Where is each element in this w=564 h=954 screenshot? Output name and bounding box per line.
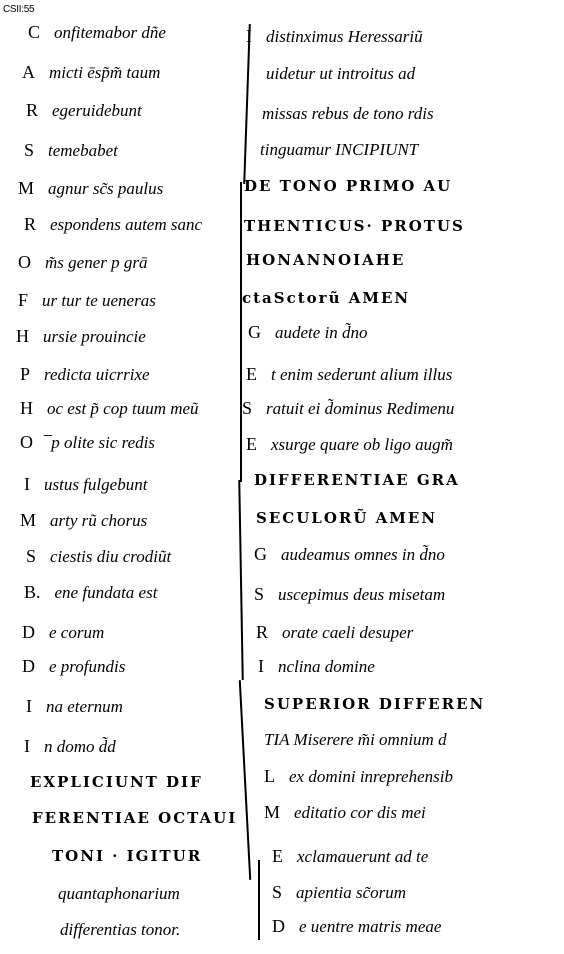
line-text: missas rebus de tono rdis — [262, 104, 434, 123]
initial-letter: E — [246, 364, 257, 384]
line-text: DE TONO PRIMO AU — [244, 177, 452, 195]
line-text: n domo d̃d — [44, 737, 116, 756]
initial-letter: F — [18, 290, 28, 310]
manuscript-line: Om̃s gener p grā — [18, 252, 147, 273]
initial-letter: S — [254, 584, 264, 604]
manuscript-line: B.ene fundata est — [24, 582, 157, 603]
line-text: xsurge quare ob ligo augm̃ — [271, 435, 453, 454]
initial-letter: R — [256, 622, 268, 642]
initial-letter: E — [246, 434, 257, 454]
manuscript-line: Meditatio cor dis mei — [264, 802, 426, 823]
manuscript-line: Inclina domine — [258, 656, 375, 677]
column-rule — [239, 680, 251, 880]
manuscript-line: uidetur ut introitus ad — [266, 64, 415, 84]
line-text: SECULORŨ AMEN — [256, 509, 437, 527]
manuscript-line: TONI · IGITUR — [52, 846, 202, 866]
manuscript-line: Sciestis diu crodiũt — [26, 546, 171, 567]
manuscript-line: Ina eternum — [26, 696, 123, 717]
line-text: e corum — [49, 623, 104, 642]
initial-letter: A — [22, 62, 35, 82]
initial-letter: D — [272, 916, 285, 936]
manuscript-line: Amicti ēsp̃m̃ taum — [22, 62, 160, 83]
manuscript-line: Respondens autem sanc — [24, 214, 202, 235]
initial-letter: I — [258, 656, 264, 676]
line-text: nclina domine — [278, 657, 375, 676]
manuscript-line: Hursie prouincie — [16, 326, 146, 347]
initial-letter: I — [246, 26, 252, 46]
line-text: ̅ p olite sic redis — [47, 433, 155, 452]
manuscript-line: Gaudete in d̃no — [248, 322, 368, 343]
manuscript-line: Fur tur te ueneras — [18, 290, 156, 311]
line-text: differentias tonor. — [60, 920, 180, 939]
manuscript-line: Marty rũ chorus — [20, 510, 147, 531]
line-text: EXPLICIUNT DIF — [30, 773, 203, 791]
manuscript-line: Suscepimus deus misetam — [254, 584, 445, 605]
initial-letter: I — [26, 696, 32, 716]
line-text: ene fundata est — [55, 583, 158, 602]
line-text: ustus fulgebunt — [44, 475, 147, 494]
manuscript-line: Sapientia sc̃orum — [272, 882, 406, 903]
manuscript-line: Predicta uicrrixe — [20, 364, 150, 385]
initial-letter: P — [20, 364, 30, 384]
manuscript-line: Gaudeamus omnes in d̃no — [254, 544, 445, 565]
initial-letter: S — [242, 398, 252, 418]
initial-letter: S — [24, 140, 34, 160]
manuscript-line: Rorate caeli desuper — [256, 622, 413, 643]
line-text: e uentre matris meae — [299, 917, 441, 936]
manuscript-line: De corum — [22, 622, 104, 643]
line-text: agnur sc̃s paulus — [48, 179, 163, 198]
manuscript-line: O̅ p olite sic redis — [20, 432, 155, 453]
manuscript-line: tinguamur INCIPIUNT — [260, 140, 418, 160]
manuscript-line: De profundis — [22, 656, 125, 677]
line-text: apientia sc̃orum — [296, 883, 406, 902]
line-text: xclamauerunt ad te — [297, 847, 428, 866]
manuscript-line: FERENTIAE OCTAUI — [32, 808, 237, 828]
line-text: audete in d̃no — [275, 323, 368, 342]
manuscript-line: Hoc est p̃ cop tuum meũ — [20, 398, 199, 419]
manuscript-line: Magnur sc̃s paulus — [18, 178, 163, 199]
line-text: orate caeli desuper — [282, 623, 413, 642]
line-text: oc est p̃ cop tuum meũ — [47, 399, 199, 418]
page-label: CSII:55 — [3, 4, 34, 15]
manuscript-line: missas rebus de tono rdis — [262, 104, 434, 124]
manuscript-line: Exclamauerunt ad te — [272, 846, 428, 867]
manuscript-line: EXPLICIUNT DIF — [30, 772, 203, 792]
manuscript-line: Exsurge quare ob ligo augm̃ — [246, 434, 453, 455]
line-text: distinximus Heressariũ — [266, 27, 423, 46]
line-text: tinguamur INCIPIUNT — [260, 140, 418, 159]
initial-letter: S — [272, 882, 282, 902]
manuscript-line: Lex domini inreprehensib — [264, 766, 453, 787]
manuscript-line: Stemebabet — [24, 140, 118, 161]
initial-letter: H — [20, 398, 33, 418]
manuscript-line: Regeruidebunt — [26, 100, 142, 121]
initial-letter: C — [28, 22, 40, 42]
initial-letter: M — [18, 178, 34, 198]
manuscript-line: differentias tonor. — [60, 920, 180, 940]
column-rule — [240, 182, 242, 482]
line-text: temebabet — [48, 141, 118, 160]
manuscript-line: Confitemabor dñe — [28, 22, 166, 43]
line-text: FERENTIAE OCTAUI — [32, 809, 237, 827]
line-text: uscepimus deus misetam — [278, 585, 445, 604]
line-text: ursie prouincie — [43, 327, 146, 346]
line-text: micti ēsp̃m̃ taum — [49, 63, 160, 82]
line-text: onfitemabor dñe — [54, 23, 166, 42]
manuscript-line: SECULORŨ AMEN — [256, 508, 437, 528]
manuscript-line: DE TONO PRIMO AU — [244, 176, 452, 196]
line-text: t enim sederunt alium illus — [271, 365, 452, 384]
manuscript-line: Et enim sederunt alium illus — [246, 364, 452, 385]
initial-letter: S — [26, 546, 36, 566]
line-text: SUPERIOR DIFFEREN — [264, 695, 485, 713]
manuscript-line: quantaphonarium — [58, 884, 180, 904]
column-rule — [238, 480, 243, 680]
column-rule — [258, 860, 260, 940]
manuscript-line: DIFFERENTIAE GRA — [254, 470, 460, 490]
line-text: espondens autem sanc — [50, 215, 202, 234]
line-text: ur tur te ueneras — [42, 291, 156, 310]
line-text: ciestis diu crodiũt — [50, 547, 171, 566]
initial-letter: D — [22, 622, 35, 642]
line-text: quantaphonarium — [58, 884, 180, 903]
manuscript-line: SUPERIOR DIFFEREN — [264, 694, 485, 714]
initial-letter: E — [272, 846, 283, 866]
initial-letter: M — [264, 802, 280, 822]
manuscript-line: Sratuit ei d̃ominus Redimenu — [242, 398, 454, 419]
line-text: THENTICUS· PROTUS — [244, 217, 465, 235]
column-rule — [243, 24, 251, 184]
line-text: ctaSctorũ AMEN — [242, 289, 410, 307]
line-text: egeruidebunt — [52, 101, 142, 120]
line-text: TONI · IGITUR — [52, 847, 202, 865]
initial-letter: R — [24, 214, 36, 234]
line-text: arty rũ chorus — [50, 511, 147, 530]
initial-letter: I — [24, 736, 30, 756]
line-text: audeamus omnes in d̃no — [281, 545, 445, 564]
manuscript-line: Idistinximus Heressariũ — [246, 26, 423, 47]
line-text: ratuit ei d̃ominus Redimenu — [266, 399, 454, 418]
initial-letter: G — [248, 322, 261, 342]
line-text: ex domini inreprehensib — [289, 767, 453, 786]
manuscript-line: De uentre matris meae — [272, 916, 441, 937]
line-text: HONANNOIAHE — [246, 251, 405, 269]
initial-letter: D — [22, 656, 35, 676]
line-text: uidetur ut introitus ad — [266, 64, 415, 83]
manuscript-line: ctaSctorũ AMEN — [242, 288, 410, 308]
initial-letter: B. — [24, 582, 41, 602]
manuscript-line: HONANNOIAHE — [246, 250, 405, 270]
initial-letter: O — [20, 432, 33, 452]
initial-letter: M — [20, 510, 36, 530]
initial-letter: I — [24, 474, 30, 494]
line-text: redicta uicrrixe — [44, 365, 150, 384]
manuscript-line: THENTICUS· PROTUS — [244, 216, 465, 236]
initial-letter: L — [264, 766, 275, 786]
manuscript-line: In domo d̃d — [24, 736, 116, 757]
initial-letter: O — [18, 252, 31, 272]
line-text: DIFFERENTIAE GRA — [254, 471, 460, 489]
line-text: na eternum — [46, 697, 123, 716]
line-text: e profundis — [49, 657, 125, 676]
manuscript-line: TIA Miserere m̃i omnium d — [264, 730, 447, 750]
initial-letter: R — [26, 100, 38, 120]
manuscript-line: Iustus fulgebunt — [24, 474, 147, 495]
line-text: m̃s gener p grā — [45, 253, 147, 272]
line-text: TIA Miserere m̃i omnium d — [264, 730, 447, 749]
initial-letter: G — [254, 544, 267, 564]
initial-letter: H — [16, 326, 29, 346]
line-text: editatio cor dis mei — [294, 803, 426, 822]
